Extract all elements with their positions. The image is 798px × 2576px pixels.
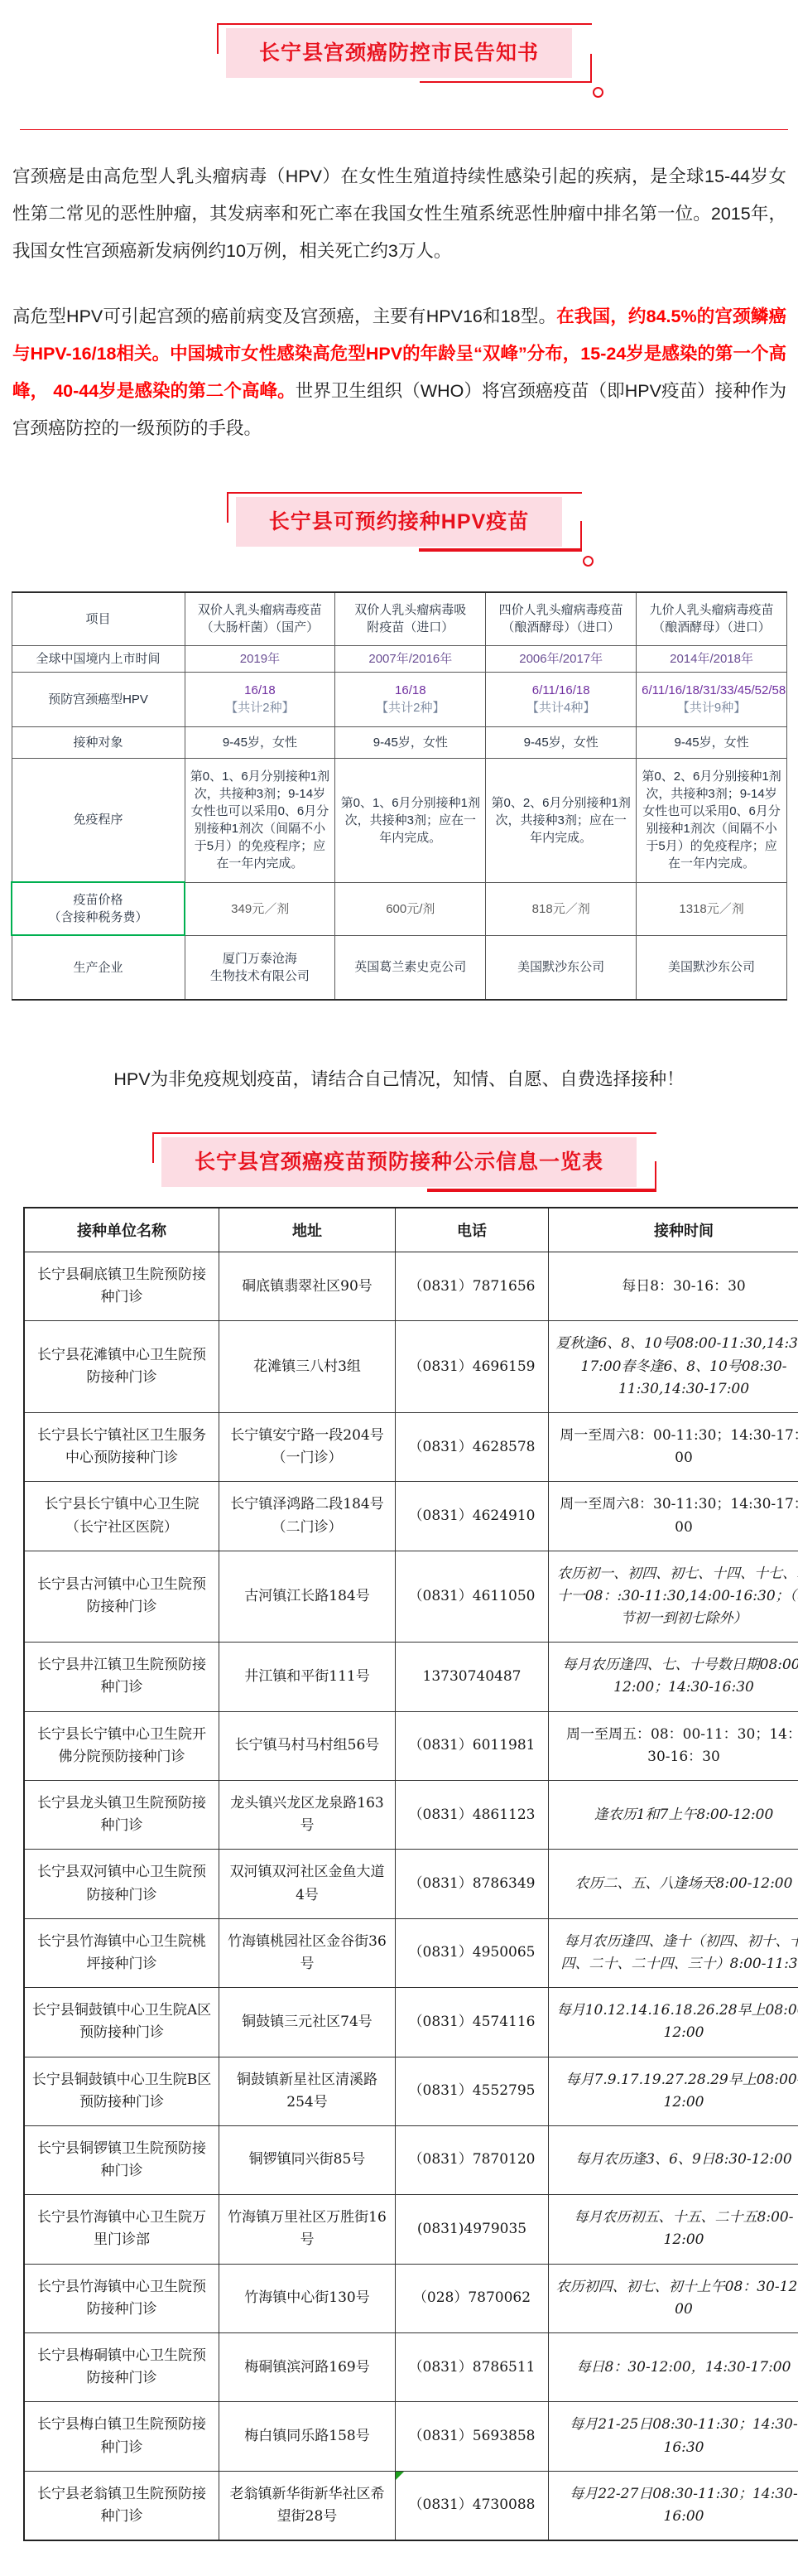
clinic-cell-time: 农历二、五、八逢场天8:00-12:00 — [549, 1850, 798, 1918]
clinic-cell-phone: （0831）4730088 — [396, 2471, 549, 2540]
clinic-cell-phone: （0831）4696159 — [396, 1321, 549, 1413]
clinic-cell-address: 铜锣镇同兴街85号 — [219, 2125, 396, 2194]
clinic-cell-address: 竹海镇中心街130号 — [219, 2264, 396, 2332]
hpv-types-value: 16/18 — [340, 682, 480, 699]
clinic-cell-time: 每月10.12.14.16.18.26.28早上08:00-12:00 — [549, 1988, 798, 2057]
clinic-cell-time: 每月农历初五、十五、二十五8:00-12:00 — [549, 2195, 798, 2264]
vaccine-cell: 9-45岁，女性 — [335, 726, 486, 758]
clinic-list-table: 接种单位名称地址电话接种时间长宁县硐底镇卫生院预防接种门诊硐底镇翡翠社区90号（… — [23, 1207, 798, 2541]
clinic-cell-time: 周一至周六8：00-11:30；14:30-17：00 — [549, 1412, 798, 1481]
clinic-row: 长宁县老翁镇卫生院预防接种门诊老翁镇新华街新华社区希望街28号（0831）473… — [24, 2471, 798, 2540]
clinic-cell-phone: （0831）7870120 — [396, 2125, 549, 2194]
vaccine-row: 全球中国境内上市时间2019年2007年/2016年2006年/2017年201… — [12, 645, 787, 672]
clinic-row: 长宁县竹海镇中心卫生院万里门诊部竹海镇万里社区万胜街16号(0831)49790… — [24, 2195, 798, 2264]
vaccine-cell: 2019年 — [185, 645, 335, 672]
clinic-cell-address: 梅白镇同乐路158号 — [219, 2402, 396, 2471]
vaccine-cell: 9-45岁，女性 — [486, 726, 637, 758]
clinic-cell-name: 长宁县竹海镇中心卫生院预防接种门诊 — [24, 2264, 219, 2332]
vaccine-row-label: 接种对象 — [12, 726, 185, 758]
vaccine-header-row: 项目双价人乳头瘤病毒疫苗 （大肠杆菌）（国产）双价人乳头瘤病毒吸 附疫苗（进口）… — [12, 592, 787, 645]
clinic-cell-name: 长宁县梅白镇卫生院预防接种门诊 — [24, 2402, 219, 2471]
vaccine-col-item: 项目 — [12, 592, 185, 645]
clinic-row: 长宁县竹海镇中心卫生院预防接种门诊竹海镇中心街130号（028）7870062农… — [24, 2264, 798, 2332]
clinic-cell-phone: （0831）4950065 — [396, 1918, 549, 1987]
clinic-cell-address: 长宁镇安宁路一段204号（一门诊） — [219, 1412, 396, 1481]
hpv-types-value: 6/11/16/18/31/33/45/52/58 — [642, 682, 781, 699]
clinic-row: 长宁县竹海镇中心卫生院桃坪接种门诊竹海镇桃园社区金谷街36号（0831）4950… — [24, 1918, 798, 1987]
clinic-cell-phone: （0831）4861123 — [396, 1781, 549, 1850]
clinic-cell-time: 逢农历1和7上午8:00-12:00 — [549, 1781, 798, 1850]
clinic-cell-phone: （0831）4624910 — [396, 1482, 549, 1551]
clinic-cell-name: 长宁县龙头镇卫生院预防接种门诊 — [24, 1781, 219, 1850]
vaccine-cell: 第0、1、6月分别接种1剂次，共接种3剂；应在一年内完成。 — [335, 758, 486, 882]
note-self-pay: HPV为非免疫规划疫苗，请结合自己情况，知情、自愿、自费选择接种！ — [17, 1065, 781, 1091]
clinic-cell-time: 每月农历逢3、6、9日8:30-12:00 — [549, 2125, 798, 2194]
vaccine-cell: 厦门万泰沧海 生物技术有限公司 — [185, 935, 335, 1000]
clinic-cell-address: 龙头镇兴龙区龙泉路163号 — [219, 1781, 396, 1850]
vaccine-cell: 16/18【共计2种】 — [185, 672, 335, 726]
clinic-cell-address: 铜鼓镇三元社区74号 — [219, 1988, 396, 2057]
banner-clinic-list: 长宁县宫颈癌疫苗预防接种公示信息一览表 — [161, 1137, 637, 1187]
paragraph-hpv-types: 高危型HPV可引起宫颈的癌前病变及宫颈癌，主要有HPV16和18型。在我国，约8… — [12, 298, 786, 447]
clinic-cell-phone: （0831）4552795 — [396, 2057, 549, 2125]
clinic-cell-time: 周一至周五：08：00-11：30；14：30-16：30 — [549, 1711, 798, 1780]
banner-notice: 长宁县宫颈癌防控市民告知书 — [226, 28, 572, 78]
vaccine-col-header: 九价人乳头瘤病毒疫苗 （酿酒酵母）（进口） — [637, 592, 787, 645]
banner-clinic-list-text: 长宁县宫颈癌疫苗预防接种公示信息一览表 — [195, 1151, 603, 1174]
vaccine-row: 生产企业厦门万泰沧海 生物技术有限公司英国葛兰素史克公司美国默沙东公司美国默沙东… — [12, 935, 787, 1000]
vaccine-row: 预防宫颈癌型HPV16/18【共计2种】16/18【共计2种】6/11/16/1… — [12, 672, 787, 726]
vaccine-cell: 9-45岁，女性 — [185, 726, 335, 758]
vaccine-cell: 第0、2、6月分别接种1剂次，共接种3剂；9-14岁女性也可以采用0、6月分别接… — [637, 758, 787, 882]
clinic-cell-name: 长宁县竹海镇中心卫生院桃坪接种门诊 — [24, 1918, 219, 1987]
clinic-cell-name: 长宁县花滩镇中心卫生院预防接种门诊 — [24, 1321, 219, 1413]
vaccine-col-header: 双价人乳头瘤病毒吸 附疫苗（进口） — [335, 592, 486, 645]
clinic-cell-phone: 13730740487 — [396, 1643, 549, 1711]
vaccine-row: 免疫程序第0、1、6月分别接种1剂次，共接种3剂；9-14岁女性也可以采用0、6… — [12, 758, 787, 882]
banner-appointment: 长宁县可预约接种HPV疫苗 — [236, 497, 562, 547]
vaccine-cell: 1318元／剂 — [637, 882, 787, 935]
clinic-row: 长宁县花滩镇中心卫生院预防接种门诊花滩镇三八村3组（0831）4696159夏秋… — [24, 1321, 798, 1413]
clinic-cell-address: 老翁镇新华街新华社区希望街28号 — [219, 2471, 396, 2540]
clinic-cell-time: 周一至周六8：30-11:30；14:30-17：00 — [549, 1482, 798, 1551]
clinic-cell-name: 长宁县铜鼓镇中心卫生院B区预防接种门诊 — [24, 2057, 219, 2125]
clinic-row: 长宁县长宁镇社区卫生服务中心预防接种门诊长宁镇安宁路一段204号（一门诊）（08… — [24, 1412, 798, 1481]
clinic-cell-phone: （0831）4628578 — [396, 1412, 549, 1481]
vaccine-row-label: 全球中国境内上市时间 — [12, 645, 185, 672]
vaccine-cell: 818元／剂 — [486, 882, 637, 935]
clinic-cell-name: 长宁县竹海镇中心卫生院万里门诊部 — [24, 2195, 219, 2264]
vaccine-cell: 9-45岁，女性 — [637, 726, 787, 758]
vaccine-cell: 英国葛兰素史克公司 — [335, 935, 486, 1000]
vaccine-cell: 2006年/2017年 — [486, 645, 637, 672]
clinic-cell-time: 每月21-25日08:30-11:30；14:30-16:30 — [549, 2402, 798, 2471]
banner-notice-text: 长宁县宫颈癌防控市民告知书 — [259, 41, 539, 65]
clinic-cell-address: 铜鼓镇新星社区清溪路254号 — [219, 2057, 396, 2125]
clinic-row: 长宁县龙头镇卫生院预防接种门诊龙头镇兴龙区龙泉路163号（0831）486112… — [24, 1781, 798, 1850]
red-anchor-circle-icon — [583, 556, 594, 567]
clinic-cell-address: 双河镇双河社区金鱼大道4号 — [219, 1850, 396, 1918]
clinic-cell-time: 每日8：30-12:00，14:30-17:00 — [549, 2333, 798, 2402]
clinic-row: 长宁县铜鼓镇中心卫生院A区预防接种门诊铜鼓镇三元社区74号（0831）45741… — [24, 1988, 798, 2057]
clinic-cell-phone: （0831）4611050 — [396, 1551, 549, 1643]
clinic-cell-name: 长宁县长宁镇中心卫生院开佛分院预防接种门诊 — [24, 1711, 219, 1780]
vaccine-col-header: 四价人乳头瘤病毒疫苗 （酿酒酵母）（进口） — [486, 592, 637, 645]
clinic-cell-time: 每日8：30-16：30 — [549, 1252, 798, 1321]
clinic-cell-address: 长宁镇泽鸿路二段184号（二门诊） — [219, 1482, 396, 1551]
red-anchor-circle-icon — [593, 87, 603, 98]
clinic-cell-phone: （0831）8786511 — [396, 2333, 549, 2402]
clinic-cell-time: 每月农历逢四、逢十（初四、初十、十四、二十、二十四、三十）8:00-11:30 — [549, 1918, 798, 1987]
divider-line — [20, 129, 788, 130]
banner-list-wrap: 长宁县宫颈癌疫苗预防接种公示信息一览表 — [0, 1137, 798, 1187]
vaccine-row-label: 预防宫颈癌型HPV — [12, 672, 185, 726]
clinic-cell-time: 每月7.9.17.19.27.28.29早上08:00-12:00 — [549, 2057, 798, 2125]
clinic-cell-time: 夏秋逢6、8、10号08:00-11:30,14:30-17:00春冬逢6、8、… — [549, 1321, 798, 1413]
vaccine-cell: 美国默沙东公司 — [486, 935, 637, 1000]
clinic-row: 长宁县铜鼓镇中心卫生院B区预防接种门诊铜鼓镇新星社区清溪路254号（0831）4… — [24, 2057, 798, 2125]
vaccine-row: 疫苗价格 （含接种税务费）349元／剂600元/剂818元／剂1318元／剂 — [12, 882, 787, 935]
vaccine-comparison-table: 项目双价人乳头瘤病毒疫苗 （大肠杆菌）（国产）双价人乳头瘤病毒吸 附疫苗（进口）… — [11, 591, 787, 1001]
clinic-row: 长宁县梅硐镇中心卫生院预防接种门诊梅硐镇滨河路169号（0831）8786511… — [24, 2333, 798, 2402]
vaccine-cell: 2014年/2018年 — [637, 645, 787, 672]
clinic-header-row: 接种单位名称地址电话接种时间 — [24, 1208, 798, 1252]
vaccine-cell: 第0、2、6月分别接种1剂次，共接种3剂；应在一年内完成。 — [486, 758, 637, 882]
vaccine-row-label: 免疫程序 — [12, 758, 185, 882]
hpv-types-note: 【共计9种】 — [642, 699, 781, 716]
clinic-cell-name: 长宁县双河镇中心卫生院预防接种门诊 — [24, 1850, 219, 1918]
banner-appointment-text: 长宁县可预约接种HPV疫苗 — [269, 510, 529, 533]
clinic-cell-address: 花滩镇三八村3组 — [219, 1321, 396, 1413]
clinic-row: 长宁县井江镇卫生院预防接种门诊井江镇和平街111号13730740487每月农历… — [24, 1643, 798, 1711]
clinic-col-header: 电话 — [396, 1208, 549, 1252]
clinic-cell-name: 长宁县硐底镇卫生院预防接种门诊 — [24, 1252, 219, 1321]
clinic-row: 长宁县梅白镇卫生院预防接种门诊梅白镇同乐路158号（0831）5693858每月… — [24, 2402, 798, 2471]
clinic-cell-phone: （0831）8786349 — [396, 1850, 549, 1918]
clinic-cell-name: 长宁县长宁镇社区卫生服务中心预防接种门诊 — [24, 1412, 219, 1481]
clinic-row: 长宁县古河镇中心卫生院预防接种门诊古河镇江长路184号（0831）4611050… — [24, 1551, 798, 1643]
hpv-types-value: 16/18 — [190, 682, 330, 699]
clinic-cell-name: 长宁县铜锣镇卫生院预防接种门诊 — [24, 2125, 219, 2194]
clinic-cell-phone: （0831）5693858 — [396, 2402, 549, 2471]
clinic-cell-time: 每月22-27日08:30-11:30；14:30-16:00 — [549, 2471, 798, 2540]
clinic-cell-name: 长宁县长宁镇中心卫生院（长宁社区医院） — [24, 1482, 219, 1551]
clinic-cell-time: 每月农历逢四、七、十号数日期08:00-12:00；14:30-16:30 — [549, 1643, 798, 1711]
clinic-row: 长宁县双河镇中心卫生院预防接种门诊双河镇双河社区金鱼大道4号（0831）8786… — [24, 1850, 798, 1918]
hpv-types-note: 【共计2种】 — [340, 699, 480, 716]
clinic-cell-address: 井江镇和平街111号 — [219, 1643, 396, 1711]
clinic-row: 长宁县硐底镇卫生院预防接种门诊硐底镇翡翠社区90号（0831）7871656每日… — [24, 1252, 798, 1321]
vaccine-cell: 6/11/16/18【共计4种】 — [486, 672, 637, 726]
clinic-cell-name: 长宁县梅硐镇中心卫生院预防接种门诊 — [24, 2333, 219, 2402]
vaccine-col-header: 双价人乳头瘤病毒疫苗 （大肠杆菌）（国产） — [185, 592, 335, 645]
vaccine-cell: 349元／剂 — [185, 882, 335, 935]
vaccine-cell: 2007年/2016年 — [335, 645, 486, 672]
vaccine-cell: 16/18【共计2种】 — [335, 672, 486, 726]
vaccine-row: 接种对象9-45岁，女性9-45岁，女性9-45岁，女性9-45岁，女性 — [12, 726, 787, 758]
clinic-cell-name: 长宁县古河镇中心卫生院预防接种门诊 — [24, 1551, 219, 1643]
notice-page: 长宁县宫颈癌防控市民告知书 宫颈癌是由高危型人乳头瘤病毒（HPV）在女性生殖道持… — [0, 0, 798, 2576]
vaccine-row-label: 疫苗价格 （含接种税务费） — [12, 882, 185, 935]
clinic-cell-phone: （0831）4574116 — [396, 1988, 549, 2057]
clinic-cell-time: 农历初四、初七、初十上午08：30-12：00 — [549, 2264, 798, 2332]
vaccine-row-label: 生产企业 — [12, 935, 185, 1000]
banner-appointment-wrap: 长宁县可预约接种HPV疫苗 — [0, 497, 798, 547]
clinic-row: 长宁县铜锣镇卫生院预防接种门诊铜锣镇同兴街85号（0831）7870120每月农… — [24, 2125, 798, 2194]
clinic-cell-name: 长宁县铜鼓镇中心卫生院A区预防接种门诊 — [24, 1988, 219, 2057]
vaccine-cell: 美国默沙东公司 — [637, 935, 787, 1000]
clinic-cell-phone: （028）7870062 — [396, 2264, 549, 2332]
clinic-cell-address: 竹海镇桃园社区金谷街36号 — [219, 1918, 396, 1987]
clinic-cell-phone: (0831)4979035 — [396, 2195, 549, 2264]
clinic-cell-address: 竹海镇万里社区万胜街16号 — [219, 2195, 396, 2264]
clinic-cell-time: 农历初一、初四、初七、十四、十七、二十一08：:30-11:30,14:00-1… — [549, 1551, 798, 1643]
clinic-row: 长宁县长宁镇中心卫生院开佛分院预防接种门诊长宁镇马村马村组56号（0831）60… — [24, 1711, 798, 1780]
banner-notice-wrap: 长宁县宫颈癌防控市民告知书 — [0, 28, 798, 78]
clinic-cell-name: 长宁县井江镇卫生院预防接种门诊 — [24, 1643, 219, 1711]
clinic-cell-phone: （0831）6011981 — [396, 1711, 549, 1780]
hpv-types-note: 【共计4种】 — [491, 699, 631, 716]
hpv-types-note: 【共计2种】 — [190, 699, 330, 716]
clinic-cell-phone: （0831）7871656 — [396, 1252, 549, 1321]
clinic-cell-address: 硐底镇翡翠社区90号 — [219, 1252, 396, 1321]
paragraph-intro: 宫颈癌是由高危型人乳头瘤病毒（HPV）在女性生殖道持续性感染引起的疾病，是全球1… — [12, 158, 786, 270]
hpv-types-value: 6/11/16/18 — [491, 682, 631, 699]
text-segment-black: 高危型HPV可引起宫颈的癌前病变及宫颈癌，主要有HPV16和18型。 — [12, 306, 556, 326]
clinic-cell-address: 长宁镇马村马村组56号 — [219, 1711, 396, 1780]
clinic-cell-address: 古河镇江长路184号 — [219, 1551, 396, 1643]
clinic-cell-name: 长宁县老翁镇卫生院预防接种门诊 — [24, 2471, 219, 2540]
vaccine-cell: 6/11/16/18/31/33/45/52/58【共计9种】 — [637, 672, 787, 726]
clinic-col-header: 接种单位名称 — [24, 1208, 219, 1252]
clinic-cell-address: 梅硐镇滨河路169号 — [219, 2333, 396, 2402]
clinic-row: 长宁县长宁镇中心卫生院（长宁社区医院）长宁镇泽鸿路二段184号（二门诊）（083… — [24, 1482, 798, 1551]
clinic-col-header: 接种时间 — [549, 1208, 798, 1252]
vaccine-cell: 600元/剂 — [335, 882, 486, 935]
vaccine-cell: 第0、1、6月分别接种1剂次，共接种3剂；9-14岁女性也可以采用0、6月分别接… — [185, 758, 335, 882]
clinic-col-header: 地址 — [219, 1208, 396, 1252]
